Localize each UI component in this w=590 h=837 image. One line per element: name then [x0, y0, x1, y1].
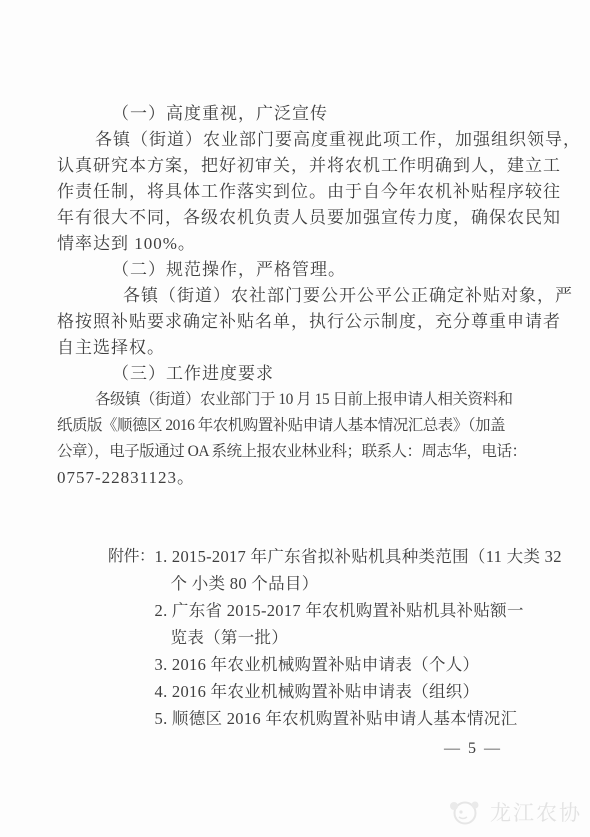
attachments-block: 附件： 1. 2015-2017 年广东省拟补贴机具种类范围（11 大类 32 …: [108, 543, 562, 732]
attachments-label: 附件：: [108, 543, 155, 570]
section-2-line: 自主选择权。: [57, 335, 535, 361]
attachments-list: 1. 2015-2017 年广东省拟补贴机具种类范围（11 大类 32 个 小类…: [155, 543, 562, 732]
attachment-line: 1. 2015-2017 年广东省拟补贴机具种类范围（11 大类 32: [155, 543, 562, 570]
section-3-heading: （三）工作进度要求: [112, 361, 535, 387]
attachment-line: 3. 2016 年农业机械购置补贴申请表（个人）: [155, 651, 562, 678]
attachment-item-1: 1. 2015-2017 年广东省拟补贴机具种类范围（11 大类 32 个 小类…: [155, 543, 562, 597]
attachment-line: 览表（第一批）: [155, 624, 562, 651]
section-1-line: 作责任制，将具体工作落实到位。由于自今年农机补贴程序较往: [57, 179, 535, 205]
section-3-line: 0757-22831123。: [57, 465, 535, 491]
attachment-line: 2. 广东省 2015-2017 年农机购置补贴机具补贴额一: [155, 597, 562, 624]
document-body: （一）高度重视，广泛宣传 各镇（街道）农业部门要高度重视此项工作，加强组织领导，…: [57, 101, 535, 491]
attachment-line: 5. 顺德区 2016 年农机购置补贴申请人基本情况汇: [155, 705, 562, 732]
attachment-line: 4. 2016 年农业机械购置补贴申请表（组织）: [155, 678, 562, 705]
section-1-line: 各镇（街道）农业部门要高度重视此项工作，加强组织领导，: [95, 127, 535, 153]
document-page: （一）高度重视，广泛宣传 各镇（街道）农业部门要高度重视此项工作，加强组织领导，…: [0, 0, 590, 837]
section-3-line: 各级镇（街道）农业部门于 10 月 15 日前上报申请人相关资料和: [95, 387, 535, 413]
watermark-text: 龙江农协: [490, 797, 582, 827]
section-2-line: 各镇（街道）农社部门要公开公平公正确定补贴对象，严: [123, 283, 535, 309]
section-3-line: 纸质版《顺德区 2016 年农机购置补贴申请人基本情况汇总表》（加盖: [57, 413, 535, 439]
attachment-item-3: 3. 2016 年农业机械购置补贴申请表（个人）: [155, 651, 562, 678]
attachment-line: 个 小类 80 个品目）: [155, 570, 562, 597]
watermark: 龙江农协: [445, 797, 582, 827]
section-1-line: 年有很大不同，各级农机负责人员要加强宣传力度，确保农民知: [57, 205, 535, 231]
section-3-line: 公章），电子版通过 OA 系统上报农业林业科；联系人：周志华，电话：: [57, 439, 535, 465]
page-number: — 5 —: [444, 740, 502, 758]
section-1-heading: （一）高度重视，广泛宣传: [112, 101, 535, 127]
section-2-heading: （二）规范操作，严格管理。: [112, 257, 535, 283]
attachment-item-2: 2. 广东省 2015-2017 年农机购置补贴机具补贴额一 览表（第一批）: [155, 597, 562, 651]
attachment-item-4: 4. 2016 年农业机械购置补贴申请表（组织）: [155, 678, 562, 705]
section-2-line: 格按照补贴要求确定补贴名单，执行公示制度，充分尊重申请者: [57, 309, 535, 335]
longjiang-nongxie-logo-icon: [445, 797, 481, 827]
section-1-line: 情率达到 100%。: [57, 231, 535, 257]
attachment-item-5: 5. 顺德区 2016 年农机购置补贴申请人基本情况汇: [155, 705, 562, 732]
section-1-line: 认真研究本方案，把好初审关，并将农机工作明确到人，建立工: [57, 153, 535, 179]
